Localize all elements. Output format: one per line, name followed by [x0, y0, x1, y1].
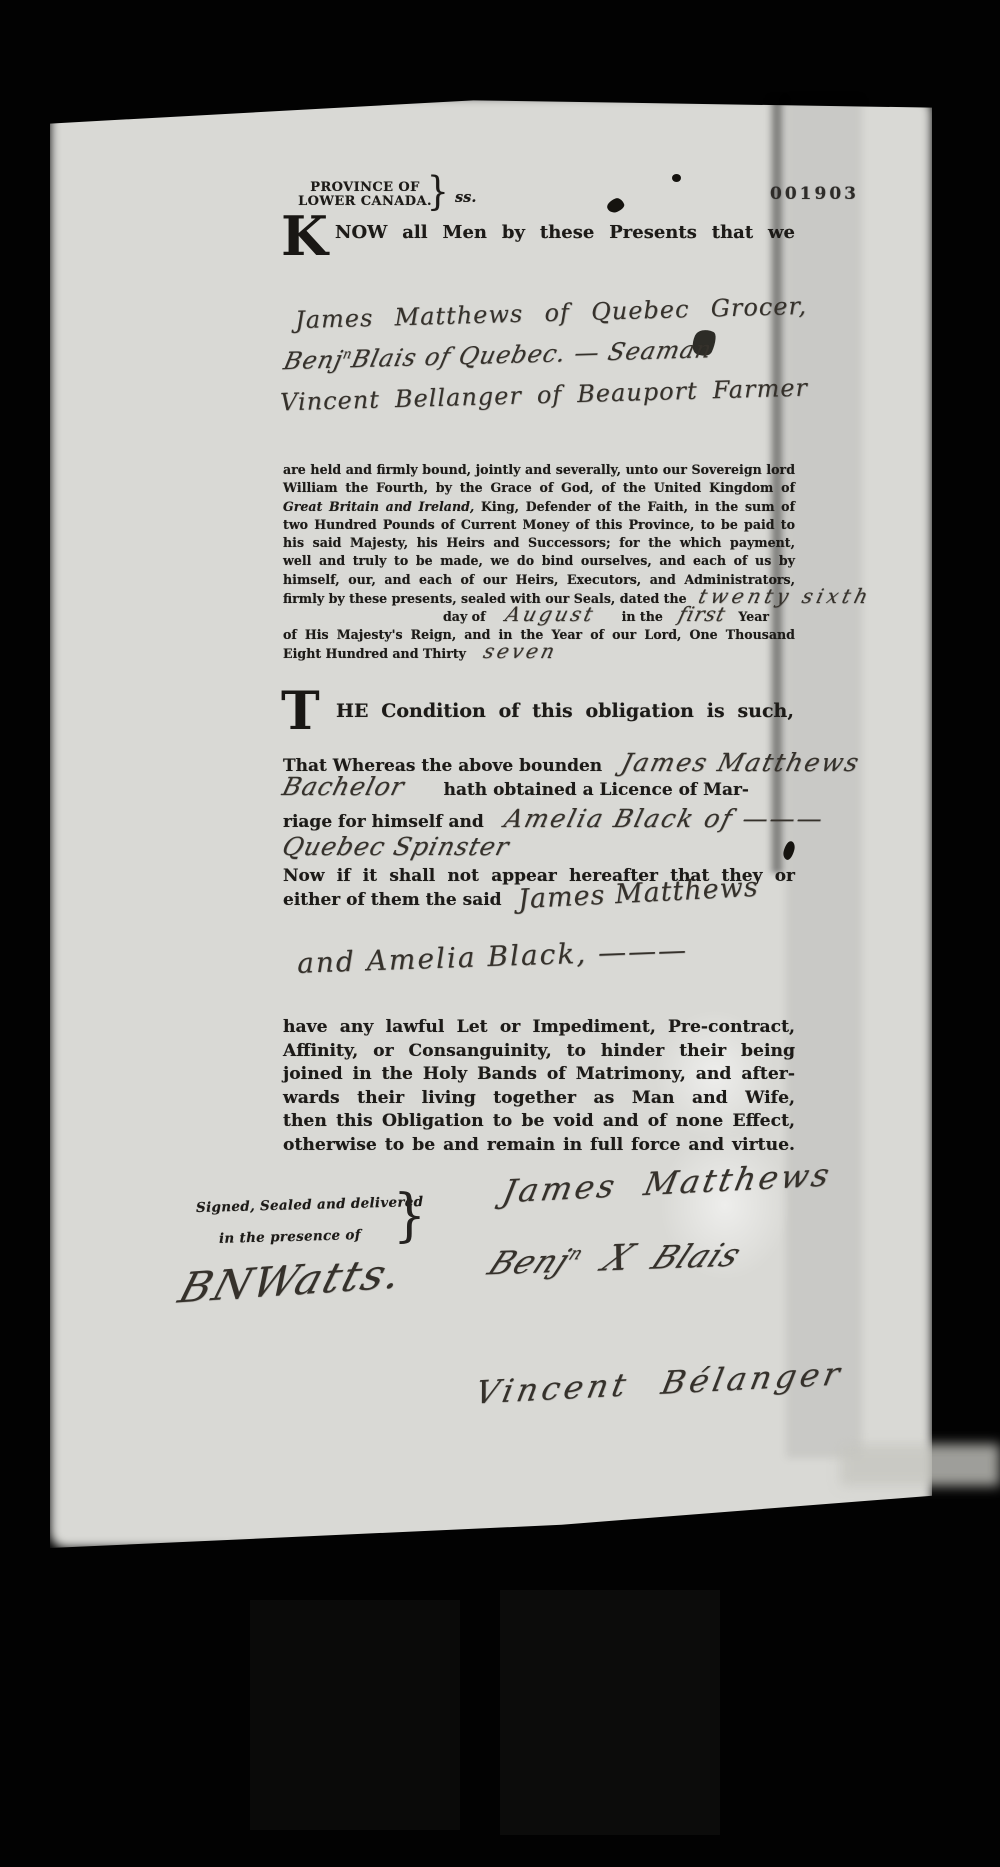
province-line1: PROVINCE OF	[298, 181, 432, 195]
brace-glyph: }	[393, 1183, 426, 1249]
printed-segment: Eight Hundred and Thirty	[283, 646, 466, 661]
printed-line: either of them the said	[283, 890, 502, 910]
ink-blot	[672, 174, 681, 182]
signature-his-mark-x: X	[595, 1237, 641, 1279]
printed-line: William the Fourth, by the Grace of God,…	[283, 479, 795, 497]
condition-heading: HE Condition of this obligation is such,	[336, 700, 794, 722]
printed-segment: in the	[622, 609, 663, 624]
printed-segment: riage for himself and	[283, 812, 484, 832]
handwritten-bride-place: Quebec Spinster	[279, 832, 512, 861]
handwritten-groom-status: Bachelor	[279, 772, 407, 801]
opening-line: NOW all Men by these Presents that we	[335, 222, 795, 243]
printed-line: Great Britain and Ireland, King, Defende…	[283, 498, 795, 516]
brace-glyph: }	[427, 169, 449, 215]
bachelor-line: Bachelor hath obtained a Licence of Mar-	[283, 772, 749, 801]
ss-abbreviation: ss.	[455, 189, 476, 206]
printed-line: are held and firmly bound, jointly and s…	[283, 461, 795, 479]
printed-segment: hath obtained a Licence of Mar-	[444, 780, 749, 800]
handwritten-month: August	[504, 607, 597, 621]
printed-segment: King, Defender of the Faith, in the sum …	[481, 499, 795, 514]
closing-paragraph: have any lawful Let or Impediment, Pre-c…	[283, 1016, 795, 1158]
printed-line: then this Obligation to be void and of n…	[283, 1110, 795, 1134]
printed-line-day-of: day of August in the first Year	[283, 607, 795, 625]
scanner-background-band	[500, 1590, 720, 1835]
handwritten-year: seven	[483, 644, 560, 658]
printed-line: otherwise to be and remain in full force…	[283, 1134, 795, 1158]
printed-segment: day of	[443, 609, 486, 624]
signature-benj-surname: Blais	[646, 1236, 749, 1277]
scanner-background-band	[250, 1600, 460, 1830]
printed-line: Affinity, or Consanguinity, to hinder th…	[283, 1040, 795, 1064]
signature-benj-pre: Benj	[482, 1241, 577, 1282]
document-number-stamp: 001903	[770, 184, 859, 204]
printed-line: two Hundred Pounds of Current Money of t…	[283, 516, 795, 534]
party-2-name: Benj	[281, 345, 346, 375]
bond-clause-paragraph: are held and firmly bound, jointly and s…	[283, 461, 795, 662]
paper-corner-fragment	[840, 1444, 1000, 1486]
printed-segment: Year	[738, 609, 769, 624]
printed-line: have any lawful Let or Impediment, Pre-c…	[283, 1016, 795, 1040]
printed-line: wards their living together as Man and W…	[283, 1087, 795, 1111]
printed-line-year: Eight Hundred and Thirty seven	[283, 644, 795, 662]
dropcap-t: T	[281, 688, 320, 736]
scanned-document-page: 001903 PROVINCE OF LOWER CANADA. } ss. K…	[0, 0, 1000, 1867]
marriage-line: riage for himself and Amelia Black of ——…	[283, 804, 824, 833]
printed-line: well and truly to be made, we do bind ou…	[283, 552, 795, 570]
handwritten-regnal-year: first	[678, 607, 728, 621]
printed-line: joined in the Holy Bands of Matrimony, a…	[283, 1063, 795, 1087]
handwritten-bride-name: Amelia Black of ———	[502, 804, 828, 833]
handwritten-day: twenty sixth	[697, 589, 873, 603]
printed-segment: firmly by these presents, sealed with ou…	[283, 591, 687, 606]
printed-line: his said Majesty, his Heirs and Successo…	[283, 534, 795, 552]
printed-italic-segment: Great Britain and Ireland,	[283, 499, 474, 514]
dropcap-k: K	[281, 211, 328, 261]
